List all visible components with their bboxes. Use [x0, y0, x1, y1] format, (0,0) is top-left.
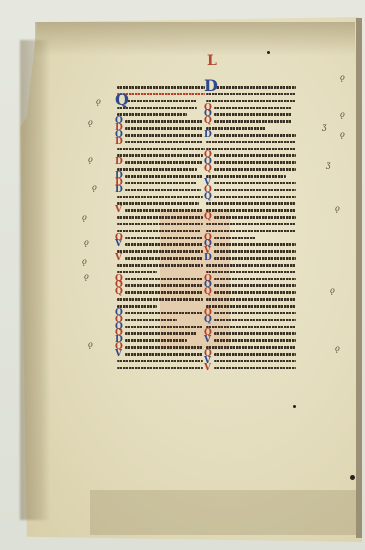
script-text: [214, 134, 296, 137]
script-line: [206, 207, 300, 214]
script-line: V: [206, 365, 300, 372]
margin-mark: ǫ: [335, 344, 340, 353]
script-line: Q: [206, 289, 300, 296]
script-line: [117, 194, 209, 201]
script-text: [125, 284, 203, 287]
script-text: [206, 305, 296, 308]
script-text: [206, 264, 296, 267]
script-line: [206, 146, 300, 153]
text-column-right: DQQQDQQQVQQQQQVDQQQQQQVQVV: [206, 84, 300, 371]
ink-spot: [293, 405, 296, 408]
margin-mark: ǫ: [96, 97, 101, 106]
rubric-text: [117, 93, 205, 96]
script-line: [117, 296, 209, 303]
script-line: Q: [206, 317, 300, 324]
script-line: D: [206, 132, 300, 139]
script-text: [125, 127, 203, 130]
script-text: [117, 271, 157, 274]
script-line: [117, 365, 209, 372]
script-text: [214, 319, 296, 322]
script-line: [117, 146, 209, 153]
script-text: [214, 154, 296, 157]
script-line: Q: [206, 194, 300, 201]
script-text: [117, 154, 203, 157]
script-line: V: [117, 351, 209, 358]
script-text: [214, 278, 296, 281]
margin-mark: ǫ: [84, 238, 89, 247]
script-line: [117, 214, 209, 221]
script-text: [214, 339, 296, 342]
script-line: Q: [117, 344, 209, 351]
decorated-initial: V: [204, 363, 211, 373]
script-text: [125, 100, 197, 103]
script-line: [117, 91, 209, 98]
script-line: [206, 98, 300, 105]
script-line: Q: [117, 317, 209, 324]
margin-mark: ʒ: [322, 122, 327, 131]
margin-mark: ʒ: [326, 160, 331, 169]
script-text: [206, 93, 296, 96]
script-line: Q: [117, 235, 209, 242]
script-line: Q: [117, 276, 209, 283]
script-line: V: [206, 248, 300, 255]
script-line: [117, 84, 209, 91]
script-text: [125, 339, 187, 342]
script-text: [125, 353, 203, 356]
script-text: [117, 298, 203, 301]
script-text: [214, 284, 296, 287]
script-line: [117, 248, 209, 255]
script-text: [206, 148, 296, 151]
script-line: V: [117, 255, 209, 262]
script-line: [117, 152, 209, 159]
folio-mark: L: [207, 53, 217, 69]
script-text: [125, 291, 203, 294]
script-text: [214, 257, 296, 260]
script-line: V: [206, 358, 300, 365]
script-text: [206, 202, 296, 205]
script-line: [206, 303, 300, 310]
script-text: [125, 141, 203, 144]
script-line: [117, 221, 209, 228]
text-column-left: QQDQDDDDDVQVVQQQQQQQDQV: [117, 84, 209, 371]
script-line: [206, 344, 300, 351]
script-text: [117, 202, 199, 205]
script-text: [125, 237, 203, 240]
script-text: [117, 230, 201, 233]
script-line: Q: [117, 310, 209, 317]
script-line: [117, 111, 209, 118]
script-text: [125, 182, 197, 185]
script-line: Q: [206, 152, 300, 159]
margin-mark: ǫ: [340, 130, 345, 139]
script-line: Q: [206, 214, 300, 221]
script-text: [117, 223, 203, 226]
script-line: Q: [206, 111, 300, 118]
script-text: [125, 257, 203, 260]
script-text: [214, 250, 296, 253]
margin-mark: ǫ: [92, 183, 97, 192]
script-line: [206, 269, 300, 276]
script-line: [117, 166, 209, 173]
script-line: [117, 200, 209, 207]
margin-mark: ǫ: [88, 340, 93, 349]
script-line: [117, 303, 209, 310]
script-line: Q: [117, 324, 209, 331]
margin-mark: ǫ: [340, 73, 345, 82]
script-line: D: [117, 180, 209, 187]
script-text: [125, 209, 203, 212]
script-text: [214, 360, 296, 363]
script-line: Q: [117, 98, 209, 105]
script-text: [214, 113, 292, 116]
script-text: [117, 216, 203, 219]
script-text: [206, 298, 296, 301]
margin-mark: ǫ: [88, 118, 93, 127]
script-line: D: [117, 139, 209, 146]
margin-mark: ǫ: [82, 213, 87, 222]
top-margin-stain: [35, 22, 355, 56]
script-line: Q: [206, 235, 300, 242]
script-text: [117, 107, 197, 110]
script-text: [117, 86, 205, 89]
left-margin-stain: [20, 40, 50, 520]
bottom-margin-stain: [90, 490, 360, 535]
script-text: [125, 278, 203, 281]
script-line: Q: [206, 166, 300, 173]
script-text: [214, 353, 296, 356]
script-text: [214, 237, 256, 240]
script-text: [125, 134, 203, 137]
ink-spot: [350, 475, 355, 480]
script-line: [117, 228, 209, 235]
margin-mark: ǫ: [82, 257, 87, 266]
script-text: [125, 312, 203, 315]
script-text: [214, 161, 296, 164]
script-line: D: [117, 159, 209, 166]
script-text: [214, 86, 296, 89]
script-text: [117, 196, 203, 199]
script-text: [214, 291, 296, 294]
script-text: [117, 250, 203, 253]
binding-edge: [356, 18, 362, 538]
script-line: [117, 262, 209, 269]
script-line: D: [206, 84, 300, 91]
script-line: [206, 296, 300, 303]
script-text: [206, 100, 296, 103]
script-text: [125, 243, 203, 246]
margin-mark: ǫ: [340, 110, 345, 119]
margin-mark: ǫ: [330, 286, 335, 295]
script-text: [125, 319, 177, 322]
script-line: [206, 173, 300, 180]
script-line: Q: [206, 330, 300, 337]
script-text: [214, 332, 296, 335]
script-text: [206, 209, 296, 212]
script-line: V: [117, 207, 209, 214]
script-text: [214, 243, 296, 246]
script-text: [214, 216, 296, 219]
ink-spot: [267, 51, 270, 54]
script-text: [117, 360, 203, 363]
script-text: [117, 264, 203, 267]
script-text: [214, 120, 292, 123]
script-text: [117, 148, 205, 151]
script-text: [206, 127, 266, 130]
script-line: Q: [117, 330, 209, 337]
script-line: [206, 324, 300, 331]
script-line: Q: [206, 241, 300, 248]
decorated-initial: D: [204, 81, 218, 91]
margin-mark: ǫ: [84, 272, 89, 281]
script-text: [214, 367, 296, 370]
script-line: Q: [206, 276, 300, 283]
script-line: V: [206, 180, 300, 187]
script-line: V: [117, 241, 209, 248]
script-text: [125, 332, 197, 335]
script-text: [117, 305, 157, 308]
script-text: [214, 196, 296, 199]
script-line: [206, 262, 300, 269]
script-text: [206, 346, 296, 349]
script-text: [206, 230, 296, 233]
script-text: [214, 182, 296, 185]
script-line: D: [206, 255, 300, 262]
script-text: [214, 189, 296, 192]
script-text: [214, 107, 292, 110]
script-line: Q: [206, 282, 300, 289]
script-text: [206, 223, 296, 226]
script-line: Q: [206, 351, 300, 358]
script-line: [117, 269, 209, 276]
margin-mark: ǫ: [335, 204, 340, 213]
script-text: [214, 312, 296, 315]
script-text: [206, 271, 296, 274]
script-text: [125, 326, 203, 329]
script-line: Q: [206, 118, 300, 125]
script-line: Q: [117, 132, 209, 139]
script-text: [125, 120, 203, 123]
script-line: [117, 105, 209, 112]
script-line: D: [117, 173, 209, 180]
script-text: [214, 168, 296, 171]
script-line: [206, 228, 300, 235]
script-text: [125, 161, 203, 164]
script-text: [125, 346, 203, 349]
script-line: Q: [206, 105, 300, 112]
script-line: [117, 358, 209, 365]
script-text: [125, 189, 201, 192]
script-text: [117, 168, 197, 171]
script-line: Q: [117, 282, 209, 289]
script-text: [117, 367, 203, 370]
script-text: [206, 141, 296, 144]
script-line: Q: [206, 159, 300, 166]
script-text: [125, 175, 203, 178]
script-line: Q: [117, 289, 209, 296]
script-line: D: [117, 337, 209, 344]
script-text: [206, 326, 296, 329]
margin-mark: ǫ: [88, 155, 93, 164]
script-line: Q: [117, 118, 209, 125]
script-text: [117, 113, 187, 116]
script-line: Q: [206, 187, 300, 194]
script-line: [206, 125, 300, 132]
script-line: [206, 139, 300, 146]
script-line: [206, 221, 300, 228]
script-line: [206, 200, 300, 207]
script-line: D: [117, 187, 209, 194]
script-line: [206, 91, 300, 98]
decorated-initial: Q: [115, 95, 129, 105]
script-line: D: [117, 125, 209, 132]
script-text: [206, 175, 286, 178]
script-line: V: [206, 337, 300, 344]
script-line: Q: [206, 310, 300, 317]
